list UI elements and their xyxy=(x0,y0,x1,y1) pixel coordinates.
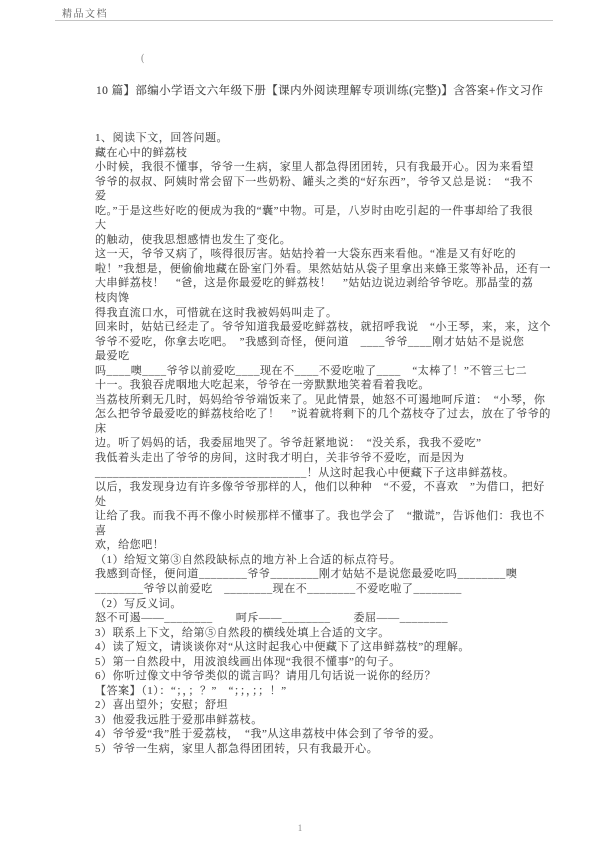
document-text-line: 我低着头走出了爷爷的房间，这时我才明白，关非爷爷不爱吃，而是因为 xyxy=(95,451,565,466)
document-text-line: （2）写反义词。 xyxy=(95,597,565,612)
page-number: 1 xyxy=(0,823,600,833)
document-text-line: （1）给短文第③自然段缺标点的地方补上合适的标点符号。 xyxy=(95,553,565,568)
document-text-line: 欢，给您吧！ xyxy=(95,538,565,553)
document-body: 1、阅读下文，回答问题。藏在心中的鲜荔枝小时候，我很不懂事，爷爷一生病，家里人都… xyxy=(95,131,565,757)
document-text-line: 边。听了妈妈的话，我委屈地哭了。爷爷赶紧地说： “没关系，我我不爱吃” xyxy=(95,436,565,451)
document-text-line: 【答案】（1）：“；，；？” “；；，；；！” xyxy=(95,684,565,699)
document-text-line: 的触动，使我思想感情也发生了变化。 xyxy=(95,233,565,248)
document-text-line: 回来时，姑姑已经走了。爷爷知道我最爱吃鲜荔枝，就招呼我说 “小王琴，来，来，这个 xyxy=(95,320,565,335)
document-text-line: 枝肉馋 xyxy=(95,291,565,306)
document-text-line: ___________________________________！从这时起… xyxy=(95,466,565,481)
document-text-line: 2）喜出望外；安慰；舒坦 xyxy=(95,698,565,713)
document-text-line: 以后，我发现身边有许多像爷爷那样的人，他们以种种 “不爱，不喜欢 ”为借口，把好 xyxy=(95,480,565,495)
stray-paren-mark: ( xyxy=(141,53,144,64)
document-text-line: 这一天，爷爷又病了，咳得很厉害。姑姑拎着一大袋东西来看他。“准是又有好吃的 xyxy=(95,247,565,262)
document-text-line: 爷爷不爱吃，你拿去吃吧。 ”我感到奇怪，便问道 ____爷爷____刚才姑姑不是… xyxy=(95,335,565,350)
document-text-line: 处 xyxy=(95,495,565,510)
document-text-line: 5）爷爷一生病，家里人都急得团团转，只有我最开心。 xyxy=(95,742,565,757)
document-text-line: 3）联系上下文，给第⑤自然段的横线处填上合适的文字。 xyxy=(95,626,565,641)
document-text-line: 大串鲜荔枝！ “爸，这是你最爱吃的鲜荔枝！ ”姑姑边说边剥给爷爷吃。那晶莹的荔 xyxy=(95,276,565,291)
document-text-line: 啦！”我想是，便偷偷地藏在卧室门外看。果然姑姑从袋子里拿出来蜂王浆等补品，还有一 xyxy=(95,262,565,277)
document-text-line: 怎么把爷爷最爱吃的鲜荔枝给吃了！ ”说着就将剩下的几个荔枝夺了过去，放在了爷爷的 xyxy=(95,407,565,422)
document-text-line: 十一。我狼吞虎咽地大吃起来，爷爷在一旁默默地笑着看着我吃。 xyxy=(95,378,565,393)
document-text-line: 3）他爱我远胜于爱那串鲜荔枝。 xyxy=(95,713,565,728)
document-page: 精品文档 ( 10 篇】部编小学语文六年级下册【课内外阅读理解专项训练(完整)】… xyxy=(0,0,600,848)
document-text-line: 5）第一自然段中，用波浪线画出体现“我很不懂事”的句子。 xyxy=(95,655,565,670)
document-text-line: 4）爷爷爱“我”胜于爱荔枝， “我”从这串荔枝中体会到了爷爷的爱。 xyxy=(95,727,565,742)
document-text-line: 藏在心中的鲜荔枝 xyxy=(95,146,565,161)
document-text-line: 1、阅读下文，回答问题。 xyxy=(95,131,565,146)
document-text-line: 怒不可遏——________ 呵斥——________ 委屈——________ xyxy=(95,611,565,626)
document-text-line: 小时候，我很不懂事，爷爷一生病，家里人都急得团团转，只有我最开心。因为来看望 xyxy=(95,160,565,175)
document-title: 10 篇】部编小学语文六年级下册【课内外阅读理解专项训练(完整)】含答案+作文习… xyxy=(96,82,556,98)
document-text-line: 吗____噢____爷爷以前爱吃____现在不____不爱吃啦了____ “太棒… xyxy=(95,364,565,379)
document-text-line: ________爷爷以前爱吃 ________现在不________不爱吃啦了_… xyxy=(95,582,565,597)
document-text-line: 爷爷的叔叔、阿姨时常会留下一些奶粉、罐头之类的“好东西”，爷爷又总是说： “我不 xyxy=(95,175,565,190)
document-text-line: 床 xyxy=(95,422,565,437)
document-text-line: 吃。”于是这些好吃的便成为我的“囊”中物。可是，八岁时由吃引起的一件事却给了我很 xyxy=(95,204,565,219)
document-text-line: 得我直流口水，可惜就在这时我被妈妈叫走了。 xyxy=(95,306,565,321)
document-text-line: 当荔枝所剩无几时，妈妈给爷爷端饭来了。见此情景，她怒不可遏地呵斥道： “小琴，你 xyxy=(95,393,565,408)
document-text-line: 最爱吃 xyxy=(95,349,565,364)
header-watermark: 精品文档 xyxy=(62,5,108,20)
document-text-line: 大 xyxy=(95,218,565,233)
document-text-line: 喜 xyxy=(95,524,565,539)
header-divider xyxy=(55,20,553,21)
document-text-line: 让给了我。而我不再不像小时候那样不懂事了。我也学会了 “撒谎”，告诉他们：我也不 xyxy=(95,509,565,524)
document-text-line: 我感到奇怪，便问道________爷爷________刚才姑姑不是说您最爱吃吗_… xyxy=(95,567,565,582)
document-text-line: 6）你听过像文中爷爷类似的谎言吗？请用几句话说一说你的经历？ xyxy=(95,669,565,684)
document-text-line: 4）读了短文，请谈谈你对“从这时起我心中便藏下了这串鲜荔枝”的理解。 xyxy=(95,640,565,655)
document-text-line: 爱 xyxy=(95,189,565,204)
